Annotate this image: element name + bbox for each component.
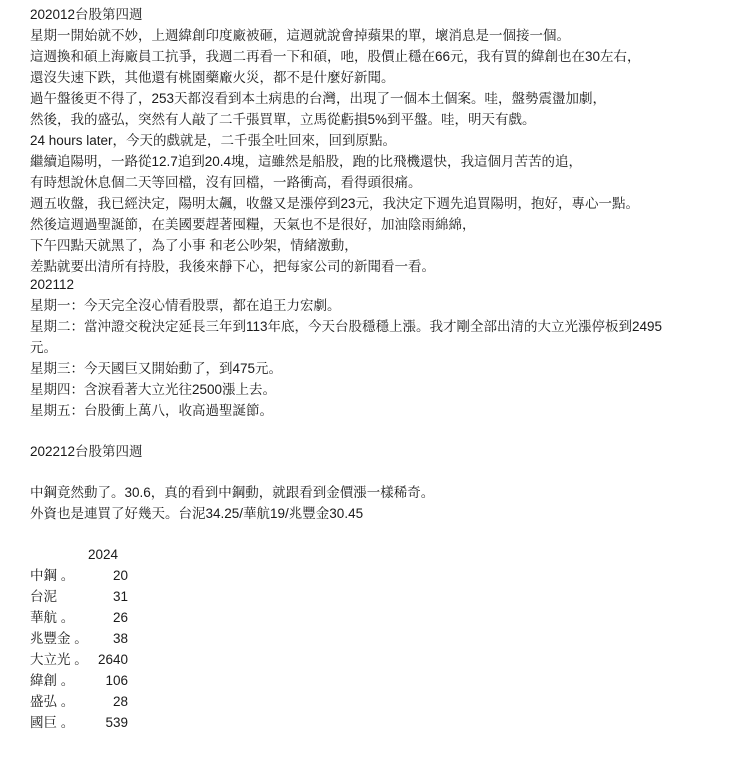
table-header-year: 2024: [30, 544, 730, 565]
paragraph-line: 然後這週過聖誕節，在美國要趕著囤糧，天氣也不是很好，加油陰雨綿綿，: [30, 214, 730, 235]
stock-price: 106: [90, 670, 128, 691]
table-row: 兆豐金 。 38: [30, 628, 730, 649]
stock-name: 國巨 。: [30, 712, 90, 733]
stock-price: 539: [90, 712, 128, 733]
stock-price: 31: [90, 586, 128, 607]
table-row: 華航 。 26: [30, 607, 730, 628]
diary-line-friday: 星期五：台股衝上萬八，收高過聖誕節。: [30, 400, 730, 421]
paragraph-line: 24 hours later，今天的戲就是，二千張全吐回來，回到原點。: [30, 130, 730, 151]
paragraph-line: 這週換和碩上海廠員工抗爭，我週二再看一下和碩，吔，股價止穩在66元，我有買的緯創…: [30, 46, 730, 67]
table-row: 中鋼 。 20: [30, 565, 730, 586]
table-row: 大立光 。 2640: [30, 649, 730, 670]
stock-name: 華航 。: [30, 607, 90, 628]
paragraph-line: 下午四點天就黑了，為了小事 和老公吵架，情緒激動，: [30, 235, 730, 256]
section-202112: 202112 星期一：今天完全沒心情看股票，都在追王力宏劇。 星期二：當沖證交稅…: [30, 274, 730, 421]
section-202012: 202012台股第四週 星期一開始就不妙，上週緯創印度廠被砸，這週就說會掉蘋果的…: [30, 4, 730, 277]
table-row: 盛弘 。 28: [30, 691, 730, 712]
diary-line-thursday: 星期四：含淚看著大立光往2500漲上去。: [30, 379, 730, 400]
spacer: [30, 462, 730, 482]
section-202212: 202212台股第四週 中鋼竟然動了。30.6，真的看到中鋼動，就跟看到金價漲一…: [30, 441, 730, 524]
paragraph-line: 還沒失速下跌，其他還有桃園藥廠火災，都不是什麼好新聞。: [30, 67, 730, 88]
stock-name: 台泥: [30, 586, 90, 607]
section-title: 202212台股第四週: [30, 441, 730, 462]
stock-price: 38: [90, 628, 128, 649]
paragraph-line: 有時想說休息個二天等回檔，沒有回檔，一路衝高，看得頭很痛。: [30, 172, 730, 193]
stock-name: 中鋼 。: [30, 565, 90, 586]
diary-line-tuesday: 星期二：當沖證交稅決定延長三年到113年底，今天台股穩穩上漲。我才剛全部出清的大…: [30, 316, 730, 337]
table-row: 台泥 31: [30, 586, 730, 607]
stock-price: 26: [90, 607, 128, 628]
stock-price: 28: [90, 691, 128, 712]
paragraph-line: 過午盤後更不得了，253天都沒看到本土病患的台灣，出現了一個本土個案。哇，盤勢震…: [30, 88, 730, 109]
stock-name: 大立光 。: [30, 649, 90, 670]
stock-name: 兆豐金 。: [30, 628, 90, 649]
paragraph-line: 繼續追陽明，一路從12.7追到20.4塊，這雖然是船股，跑的比飛機還快，我這個月…: [30, 151, 730, 172]
diary-line-wednesday: 星期三：今天國巨又開始動了，到475元。: [30, 358, 730, 379]
paragraph-line: 中鋼竟然動了。30.6，真的看到中鋼動，就跟看到金價漲一樣稀奇。: [30, 482, 730, 503]
diary-line-monday: 星期一：今天完全沒心情看股票，都在追王力宏劇。: [30, 295, 730, 316]
table-row: 國巨 。 539: [30, 712, 730, 733]
stock-name: 緯創 。: [30, 670, 90, 691]
stock-price: 20: [90, 565, 128, 586]
stock-name: 盛弘 。: [30, 691, 90, 712]
section-title: 202112: [30, 274, 730, 295]
diary-line-tuesday-cont: 元。: [30, 337, 730, 358]
paragraph-line: 星期一開始就不妙，上週緯創印度廠被砸，這週就說會掉蘋果的單，壞消息是一個接一個。: [30, 25, 730, 46]
paragraph-line: 週五收盤，我已經決定，陽明太飆，收盤又是漲停到23元，我決定下週先追買陽明，抱好…: [30, 193, 730, 214]
paragraph-line: 然後，我的盛弘，突然有人敲了二千張買單，立馬從虧損5%到平盤。哇，明天有戲。: [30, 109, 730, 130]
spacer: [30, 421, 730, 441]
price-table-2024: 2024 中鋼 。 20 台泥 31 華航 。 26 兆豐金 。 38 大立光 …: [30, 544, 730, 733]
document-body: 202012台股第四週 星期一開始就不妙，上週緯創印度廠被砸，這週就說會掉蘋果的…: [30, 4, 730, 733]
table-row: 緯創 。 106: [30, 670, 730, 691]
section-title: 202012台股第四週: [30, 4, 730, 25]
paragraph-line: 外資也是連買了好幾天。台泥34.25/華航19/兆豐金30.45: [30, 503, 730, 524]
spacer: [30, 524, 730, 544]
stock-price: 2640: [90, 649, 128, 670]
